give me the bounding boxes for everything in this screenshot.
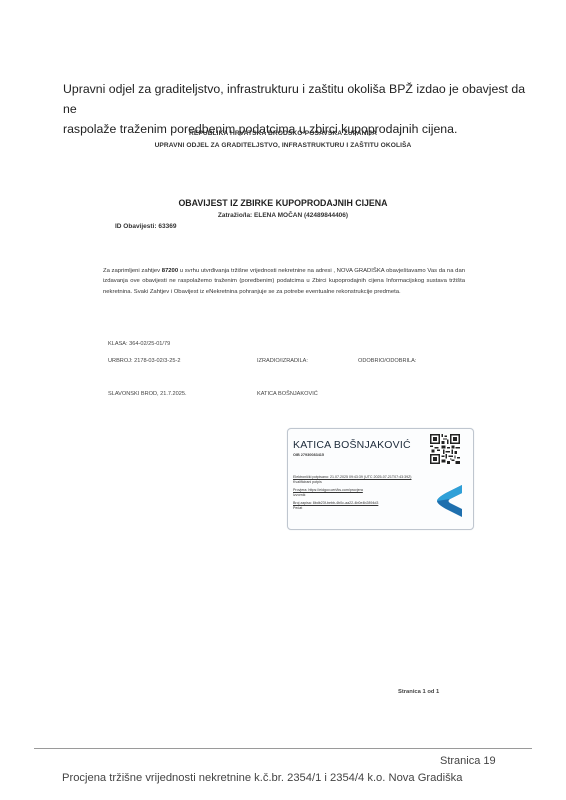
request-number: 87200: [162, 268, 178, 274]
notice-body: Za zaprimljeni zahtjev 87200 u svrhu utv…: [103, 266, 465, 297]
requested-by-label: Zatražio/la:: [218, 212, 252, 219]
notice-id-value: 63369: [158, 223, 176, 230]
requested-by: Zatražio/la: ELENA MOČAN (42489844406): [0, 212, 566, 219]
klasa: KLASA: 364-02/25-01/79: [108, 341, 170, 347]
digital-signature-stamp: KATICA BOŠNJAKOVIĆ OIB 27930083415 Elekt…: [287, 428, 474, 530]
requested-by-value: ELENA MOČAN (42489844406): [254, 212, 348, 219]
place-date: SLAVONSKI BROD, 21.7.2025.: [108, 391, 187, 397]
certilia-logo-icon: [434, 483, 464, 519]
prepared-name: KATICA BOŠNJAKOVIĆ: [257, 391, 318, 397]
signed-text: Elektronički potpisano: 21.07.2025 09:43…: [293, 475, 411, 479]
body-prefix: Za zaprimljeni zahtjev: [103, 268, 162, 274]
signed-sub: Kvalificirani potpis: [293, 480, 322, 484]
authority-header-1: REPUBLIKA HRVATSKA BRODSKO-POSAVSKA ŽUPA…: [0, 130, 566, 137]
intro-line-1: Upravni odjel za graditeljstvo, infrastr…: [63, 79, 533, 119]
notice-id-label: ID Obavijesti:: [115, 223, 157, 230]
verify-line[interactable]: Provjera: https://eidgov.cert/ks.com/pro…: [293, 488, 363, 492]
urbroj: URBROJ: 2178-03-02/3-25-2: [108, 358, 180, 364]
footer-divider: [34, 748, 532, 749]
prepared-label: IZRADIO/IZRADILA:: [257, 358, 308, 364]
verify-link[interactable]: Provjera: https://eidgov.cert/ks.com/pro…: [293, 488, 363, 492]
doc-line: Broj zapisa: 8bdb23f-bebb-4b0c-aa22-4b0e…: [293, 501, 378, 505]
qr-code-icon: [430, 434, 460, 464]
doc-sub: Pečat: [293, 506, 302, 510]
notice-title: OBAVIJEST IZ ZBIRKE KUPOPRODAJNIH CIJENA: [0, 198, 566, 208]
signed-line: Elektronički potpisano: 21.07.2025 09:43…: [293, 475, 411, 479]
verify-sub: Izvornik: [293, 493, 305, 497]
doc-text: Broj zapisa: 8bdb23f-bebb-4b0c-aa22-4b0e…: [293, 501, 378, 505]
authority-header-2: UPRAVNI ODJEL ZA GRADITELJSTVO, INFRASTR…: [0, 142, 566, 149]
signer-id: OIB 27930083415: [293, 453, 324, 457]
notice-id: ID Obavijesti: 63369: [115, 223, 176, 230]
signer-name: KATICA BOŠNJAKOVIĆ: [293, 439, 411, 451]
footer-page-number: Stranica 19: [440, 755, 496, 767]
footer-document-title: Procjena tržišne vrijednosti nekretnine …: [62, 772, 462, 784]
notice-page-count: Stranica 1 od 1: [398, 689, 439, 695]
approved-label: ODOBRIO/ODOBRILA:: [358, 358, 416, 364]
